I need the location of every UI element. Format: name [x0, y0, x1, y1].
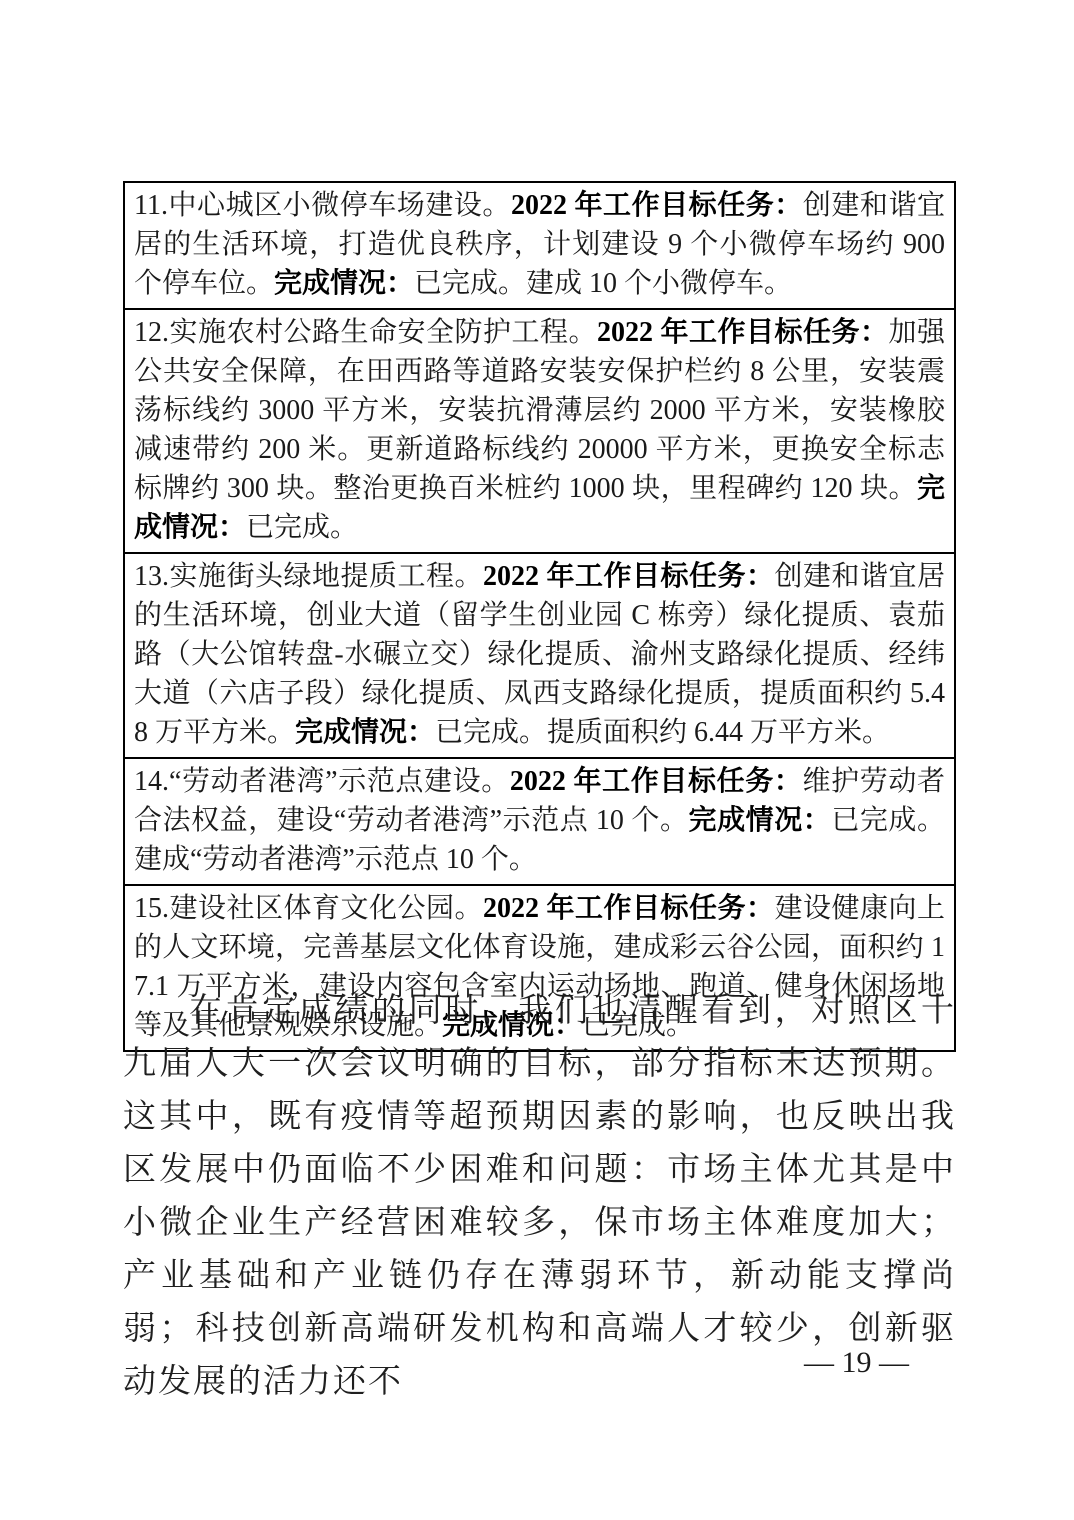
text-segment: 已完成。: [246, 512, 358, 543]
table-row: 13.实施街头绿地提质工程。2022 年工作目标任务：创建和谐宜居的生活环境，创…: [124, 553, 955, 758]
table-cell: 11.中心城区小微停车场建设。2022 年工作目标任务：创建和谐宜居的生活环境，…: [124, 182, 955, 309]
page-number: — 19 —: [123, 1346, 909, 1380]
bold-text-segment: 完成情况：: [295, 717, 435, 748]
text-segment: 13.实施街头绿地提质工程。: [134, 561, 483, 592]
table-cell: 12.实施农村公路生命安全防护工程。2022 年工作目标任务：加强公共安全保障，…: [124, 309, 955, 553]
table-row: 11.中心城区小微停车场建设。2022 年工作目标任务：创建和谐宜居的生活环境，…: [124, 182, 955, 309]
text-segment: 11.中心城区小微停车场建设。: [134, 190, 511, 221]
text-segment: 已完成。建成 10 个小微停车。: [414, 268, 792, 299]
text-segment: 12.实施农村公路生命安全防护工程。: [134, 317, 597, 348]
bold-text-segment: 2022 年工作目标任务：: [597, 317, 889, 348]
table-cell: 14.“劳动者港湾”示范点建设。2022 年工作目标任务：维护劳动者合法权益，建…: [124, 758, 955, 885]
text-segment: 15.建设社区体育文化公园。: [134, 893, 483, 924]
table-cell: 13.实施街头绿地提质工程。2022 年工作目标任务：创建和谐宜居的生活环境，创…: [124, 553, 955, 758]
table-row: 12.实施农村公路生命安全防护工程。2022 年工作目标任务：加强公共安全保障，…: [124, 309, 955, 553]
text-segment: 已完成。提质面积约 6.44 万平方米。: [435, 717, 890, 748]
task-table: 11.中心城区小微停车场建设。2022 年工作目标任务：创建和谐宜居的生活环境，…: [123, 181, 956, 1052]
bold-text-segment: 2022 年工作目标任务：: [510, 766, 803, 797]
bold-text-segment: 2022 年工作目标任务：: [483, 893, 775, 924]
bold-text-segment: 2022 年工作目标任务：: [511, 190, 803, 221]
document-page: 11.中心城区小微停车场建设。2022 年工作目标任务：创建和谐宜居的生活环境，…: [0, 0, 1074, 1520]
table-row: 14.“劳动者港湾”示范点建设。2022 年工作目标任务：维护劳动者合法权益，建…: [124, 758, 955, 885]
text-segment: 14.“劳动者港湾”示范点建设。: [134, 766, 510, 797]
bold-text-segment: 完成情况：: [689, 805, 832, 836]
bold-text-segment: 完成情况：: [274, 268, 414, 299]
bold-text-segment: 2022 年工作目标任务：: [483, 561, 775, 592]
task-table-body: 11.中心城区小微停车场建设。2022 年工作目标任务：创建和谐宜居的生活环境，…: [124, 182, 955, 1051]
